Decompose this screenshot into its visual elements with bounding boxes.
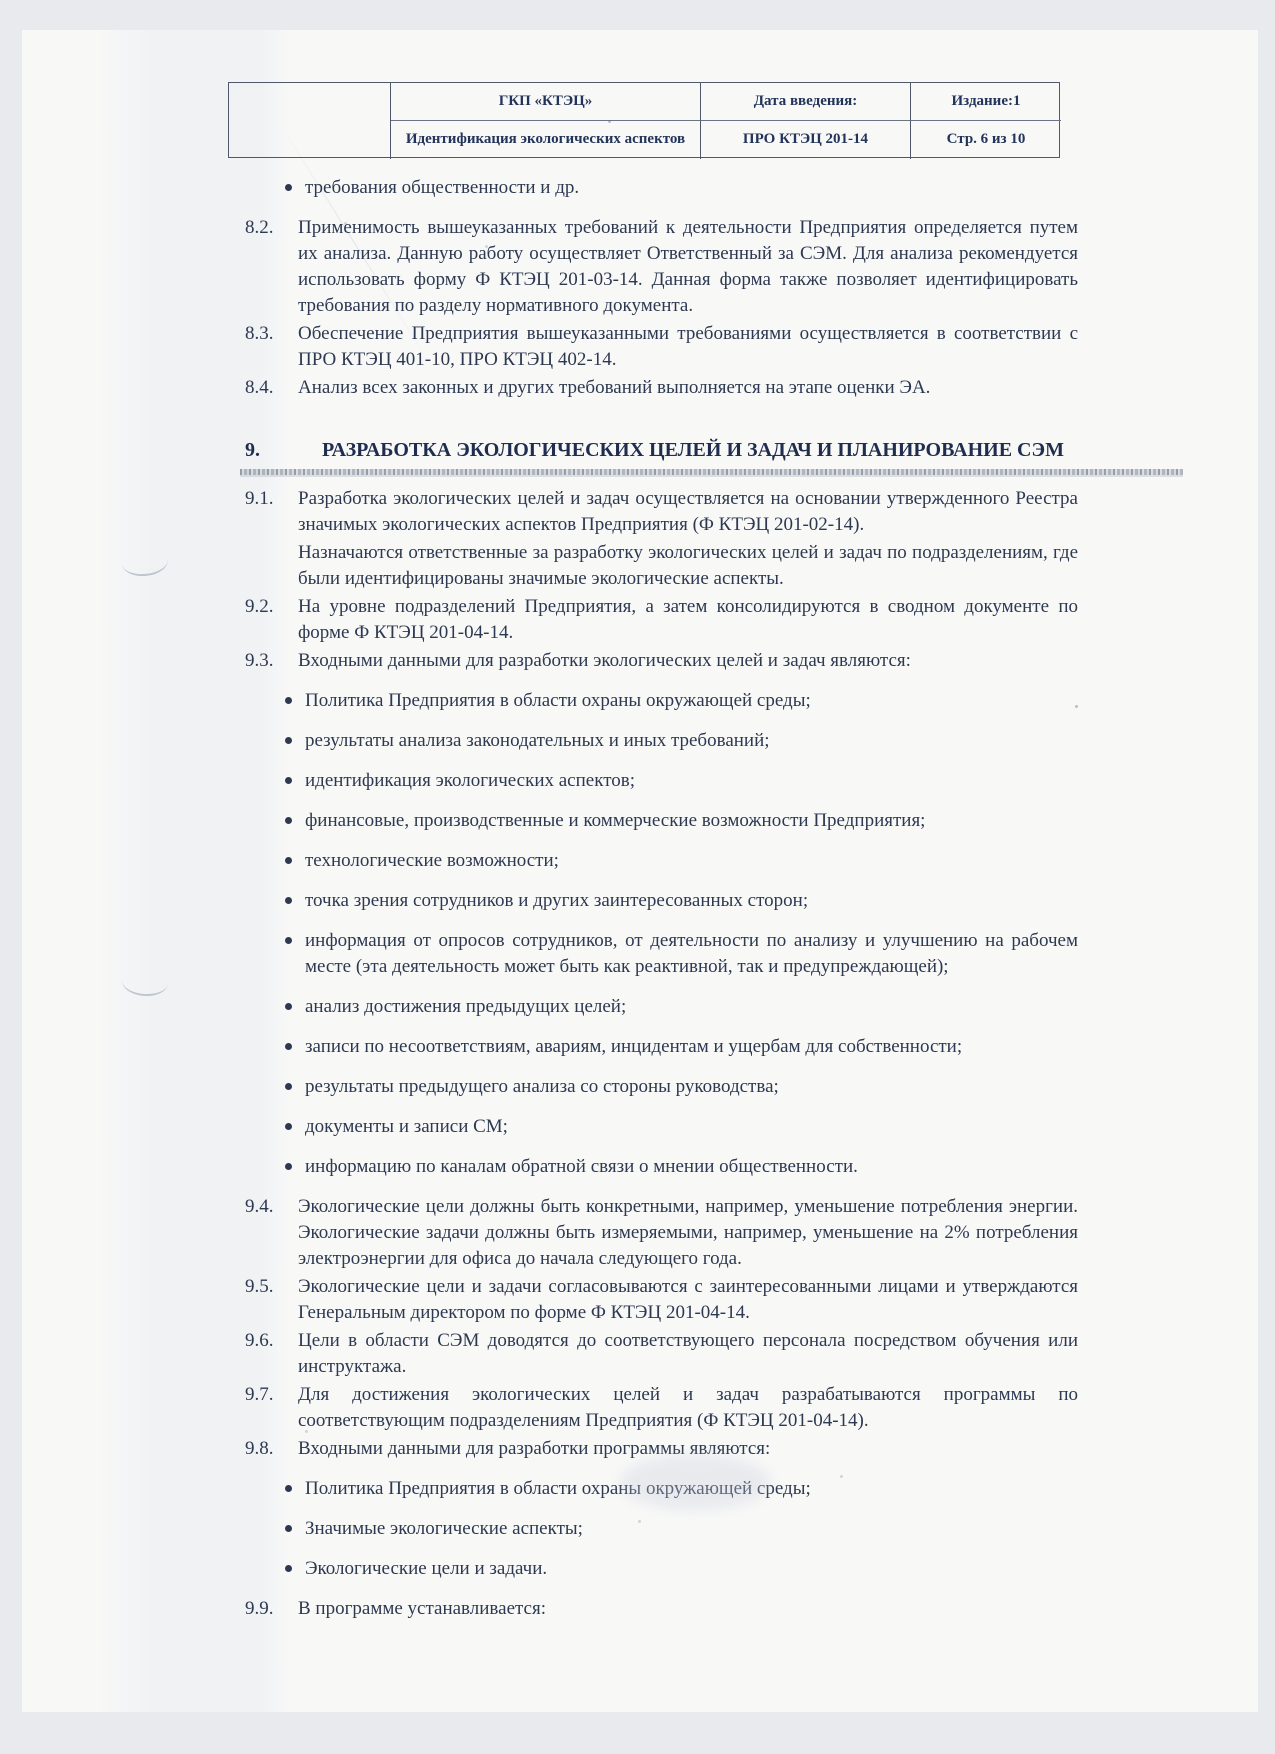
bullet-icon [285,697,292,704]
list-item: информацию по каналам обратной связи о м… [245,1154,1078,1180]
heading-underline [240,469,1183,475]
numbered-section: 9.1. Разработка экологических целей и за… [245,486,1078,538]
section-text: Экологические цели и задачи согласовываю… [298,1274,1078,1326]
section-number: 9.5. [245,1274,298,1326]
section-text: Для достижения экологических целей и зад… [298,1382,1078,1434]
section-number: 9.2. [245,594,298,646]
list-item: результаты анализа законодательных и ины… [245,728,1078,754]
scan-smudge [620,1455,770,1510]
list-item-text: информацию по каналам обратной связи о м… [305,1154,1078,1180]
section-number: 8.4. [245,375,298,401]
list-item-text: технологические возможности; [305,848,1078,874]
section-number: 9.4. [245,1194,298,1272]
bullet-icon [285,897,292,904]
scan-speck [305,1430,308,1433]
list-item: информация от опросов сотрудников, от де… [245,928,1078,980]
scan-speck [485,245,488,248]
list-item-text: анализ достижения предыдущих целей; [305,994,1078,1020]
bullet-icon [285,184,292,191]
list-item: технологические возможности; [245,848,1078,874]
numbered-section: 9.3. Входными данными для разработки эко… [245,648,1078,674]
bullet-icon [285,1485,292,1492]
list-item: Политика Предприятия в области охраны ок… [245,688,1078,714]
bullet-icon [285,1565,292,1572]
list-item: Экологические цели и задачи. [245,1556,1078,1582]
section-text: В программе устанавливается: [298,1596,1078,1622]
bullet-icon [285,857,292,864]
bullet-icon [285,1525,292,1532]
list-item-text: записи по несоответствиям, авариям, инци… [305,1034,1078,1060]
scan-speck [840,1475,843,1478]
list-item-text: идентификация экологических аспектов; [305,768,1078,794]
list-item-text: Экологические цели и задачи. [305,1556,1078,1582]
section-text: Применимость вышеуказанных требований к … [298,215,1078,319]
bullet-icon [285,1163,292,1170]
section-text: Цели в области СЭМ доводятся до соответс… [298,1328,1078,1380]
doc-header-table: ГКП «КТЭЦ» Дата введения: Издание:1 Иден… [228,82,1060,158]
section-number: 9.3. [245,648,298,674]
scan-speck [638,1520,641,1523]
scan-speck [1075,705,1078,708]
list-item: точка зрения сотрудников и других заинте… [245,888,1078,914]
list-item: требования общественности и др. [245,175,1078,201]
section-number: 9.6. [245,1328,298,1380]
numbered-section: 8.3. Обеспечение Предприятия вышеуказанн… [245,321,1078,373]
list-item-text: Политика Предприятия в области охраны ок… [305,688,1078,714]
section-number: 9.1. [245,486,298,538]
list-item-text: результаты анализа законодательных и ины… [305,728,1078,754]
list-item: Значимые экологические аспекты; [245,1516,1078,1542]
bullet-icon [285,737,292,744]
section-paragraph: Назначаются ответственные за разработку … [298,540,1078,592]
header-page-number-cell: Стр. 6 из 10 [911,121,1061,159]
numbered-section: 8.4. Анализ всех законных и других требо… [245,375,1078,401]
numbered-section: 9.4. Экологические цели должны быть конк… [245,1194,1078,1272]
section-text: На уровне подразделений Предприятия, а з… [298,594,1078,646]
section-number: 9.9. [245,1596,298,1622]
numbered-section: 8.2. Применимость вышеуказанных требован… [245,215,1078,319]
header-org-cell: ГКП «КТЭЦ» [391,83,701,121]
bullet-icon [285,1043,292,1050]
numbered-section: 9.6. Цели в области СЭМ доводятся до соо… [245,1328,1078,1380]
list-item: результаты предыдущего анализа со сторон… [245,1074,1078,1100]
bullet-icon [285,1123,292,1130]
bullet-icon [285,1003,292,1010]
section-text: Обеспечение Предприятия вышеуказанными т… [298,321,1078,373]
list-item-text: Значимые экологические аспекты; [305,1516,1078,1542]
header-edition-cell: Издание:1 [911,83,1061,121]
list-item-text: результаты предыдущего анализа со сторон… [305,1074,1078,1100]
list-item: финансовые, производственные и коммерчес… [245,808,1078,834]
document-body: требования общественности и др. 8.2. При… [245,161,1078,1624]
bullet-icon [285,817,292,824]
section-number: 9.8. [245,1436,298,1462]
heading-number: 9. [245,435,322,465]
section-text: Экологические цели должны быть конкретны… [298,1194,1078,1272]
header-logo-cell [229,83,391,159]
scanned-document-screenshot: { "header": { "org": "ГКП «КТЭЦ»", "doc_… [0,0,1275,1754]
scan-speck [344,222,347,225]
section-number: 9.7. [245,1382,298,1434]
header-date-label-cell: Дата введения: [701,83,911,121]
bullet-icon [285,777,292,784]
section-text: Входными данными для разработки экологич… [298,648,1078,674]
list-item-text: документы и записи СМ; [305,1114,1078,1140]
heading-text: РАЗРАБОТКА ЭКОЛОГИЧЕСКИХ ЦЕЛЕЙ И ЗАДАЧ И… [322,435,1064,465]
numbered-section: 9.5. Экологические цели и задачи согласо… [245,1274,1078,1326]
header-doc-code-cell: ПРО КТЭЦ 201-14 [701,121,911,159]
section-number: 8.3. [245,321,298,373]
section-text: Анализ всех законных и других требований… [298,375,1078,401]
list-item: документы и записи СМ; [245,1114,1078,1140]
list-item-text: финансовые, производственные и коммерчес… [305,808,1078,834]
list-item-text: требования общественности и др. [305,175,1078,201]
numbered-section: 9.7. Для достижения экологических целей … [245,1382,1078,1434]
list-item: анализ достижения предыдущих целей; [245,994,1078,1020]
list-item-text: информация от опросов сотрудников, от де… [305,928,1078,980]
numbered-section: 9.9. В программе устанавливается: [245,1596,1078,1622]
header-doc-title-cell: Идентификация экологических аспектов [391,121,701,159]
numbered-section: 9.2. На уровне подразделений Предприятия… [245,594,1078,646]
scan-speck [608,120,611,123]
bullet-icon [285,937,292,944]
bullet-icon [285,1083,292,1090]
section-text: Разработка экологических целей и задач о… [298,486,1078,538]
section-heading: 9. РАЗРАБОТКА ЭКОЛОГИЧЕСКИХ ЦЕЛЕЙ И ЗАДА… [245,435,1078,465]
list-item-text: точка зрения сотрудников и других заинте… [305,888,1078,914]
list-item: идентификация экологических аспектов; [245,768,1078,794]
list-item: записи по несоответствиям, авариям, инци… [245,1034,1078,1060]
section-number: 8.2. [245,215,298,319]
